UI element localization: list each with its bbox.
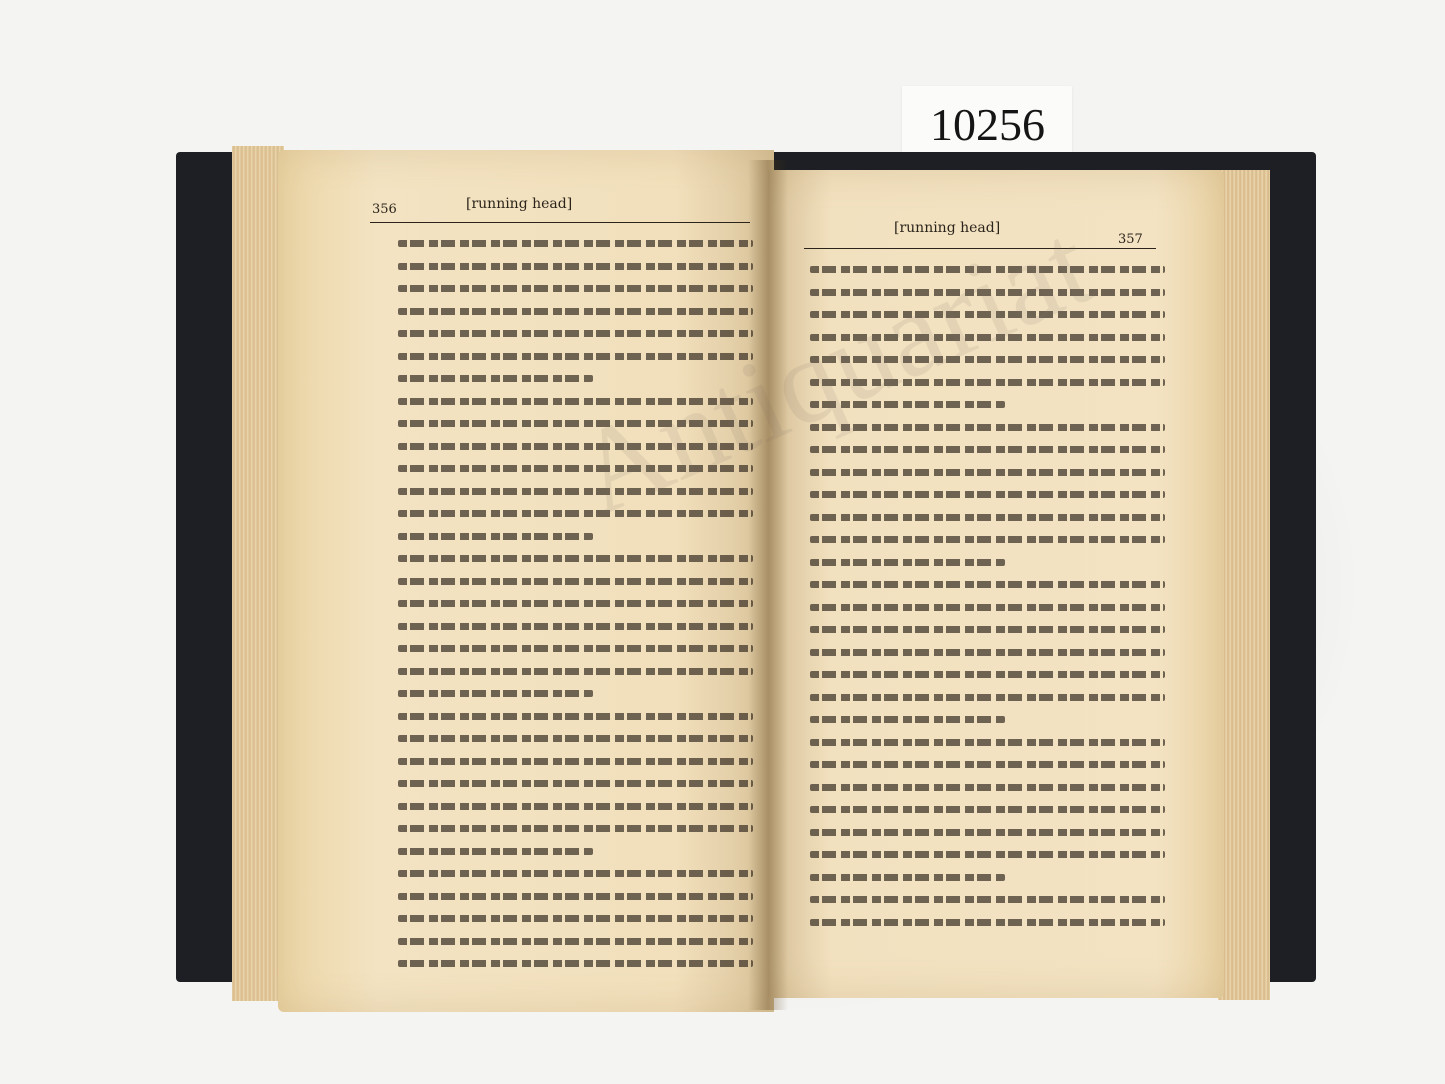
left-running-head: [running head] (466, 196, 572, 212)
text-line (398, 645, 753, 652)
lot-number-card: 10256 (902, 86, 1072, 162)
text-line (810, 626, 1165, 633)
left-page-number: 356 (372, 202, 397, 217)
text-line (810, 829, 1165, 836)
text-line (810, 559, 1005, 566)
text-line (398, 915, 753, 922)
text-line (810, 694, 1165, 701)
left-body-text (398, 240, 753, 983)
text-line (810, 874, 1005, 881)
right-page-number: 357 (1118, 232, 1143, 247)
lot-number: 10256 (930, 98, 1045, 151)
text-line (398, 938, 753, 945)
text-line (398, 825, 753, 832)
text-line (810, 491, 1165, 498)
page-edges-right (1218, 170, 1270, 1000)
text-line (398, 893, 753, 900)
text-line (398, 510, 753, 517)
text-line (398, 690, 593, 697)
text-line (810, 919, 1165, 926)
text-line (398, 780, 753, 787)
text-line (398, 623, 753, 630)
text-line (810, 716, 1005, 723)
text-line (810, 604, 1165, 611)
text-line (810, 649, 1165, 656)
text-line (398, 330, 753, 337)
text-line (810, 896, 1165, 903)
page-edges-left (232, 146, 284, 1001)
text-line (810, 514, 1165, 521)
text-line (810, 446, 1165, 453)
text-line (398, 960, 753, 967)
text-line (398, 533, 593, 540)
book-gutter (748, 160, 788, 1010)
text-line (810, 581, 1165, 588)
text-line (398, 263, 753, 270)
text-line (810, 761, 1165, 768)
text-line (398, 870, 753, 877)
text-line (810, 469, 1165, 476)
text-line (398, 668, 753, 675)
text-line (810, 536, 1165, 543)
text-line (810, 671, 1165, 678)
text-line (398, 578, 753, 585)
text-line (398, 240, 753, 247)
text-line (398, 375, 593, 382)
text-line (398, 758, 753, 765)
text-line (810, 739, 1165, 746)
text-line (398, 308, 753, 315)
left-header-rule (370, 222, 750, 223)
text-line (810, 784, 1165, 791)
text-line (810, 851, 1165, 858)
text-line (398, 803, 753, 810)
text-line (810, 806, 1165, 813)
text-line (398, 848, 593, 855)
text-line (398, 600, 753, 607)
text-line (398, 713, 753, 720)
left-page: 356 [running head] (278, 150, 774, 1012)
text-line (398, 735, 753, 742)
text-line (398, 285, 753, 292)
text-line (398, 555, 753, 562)
